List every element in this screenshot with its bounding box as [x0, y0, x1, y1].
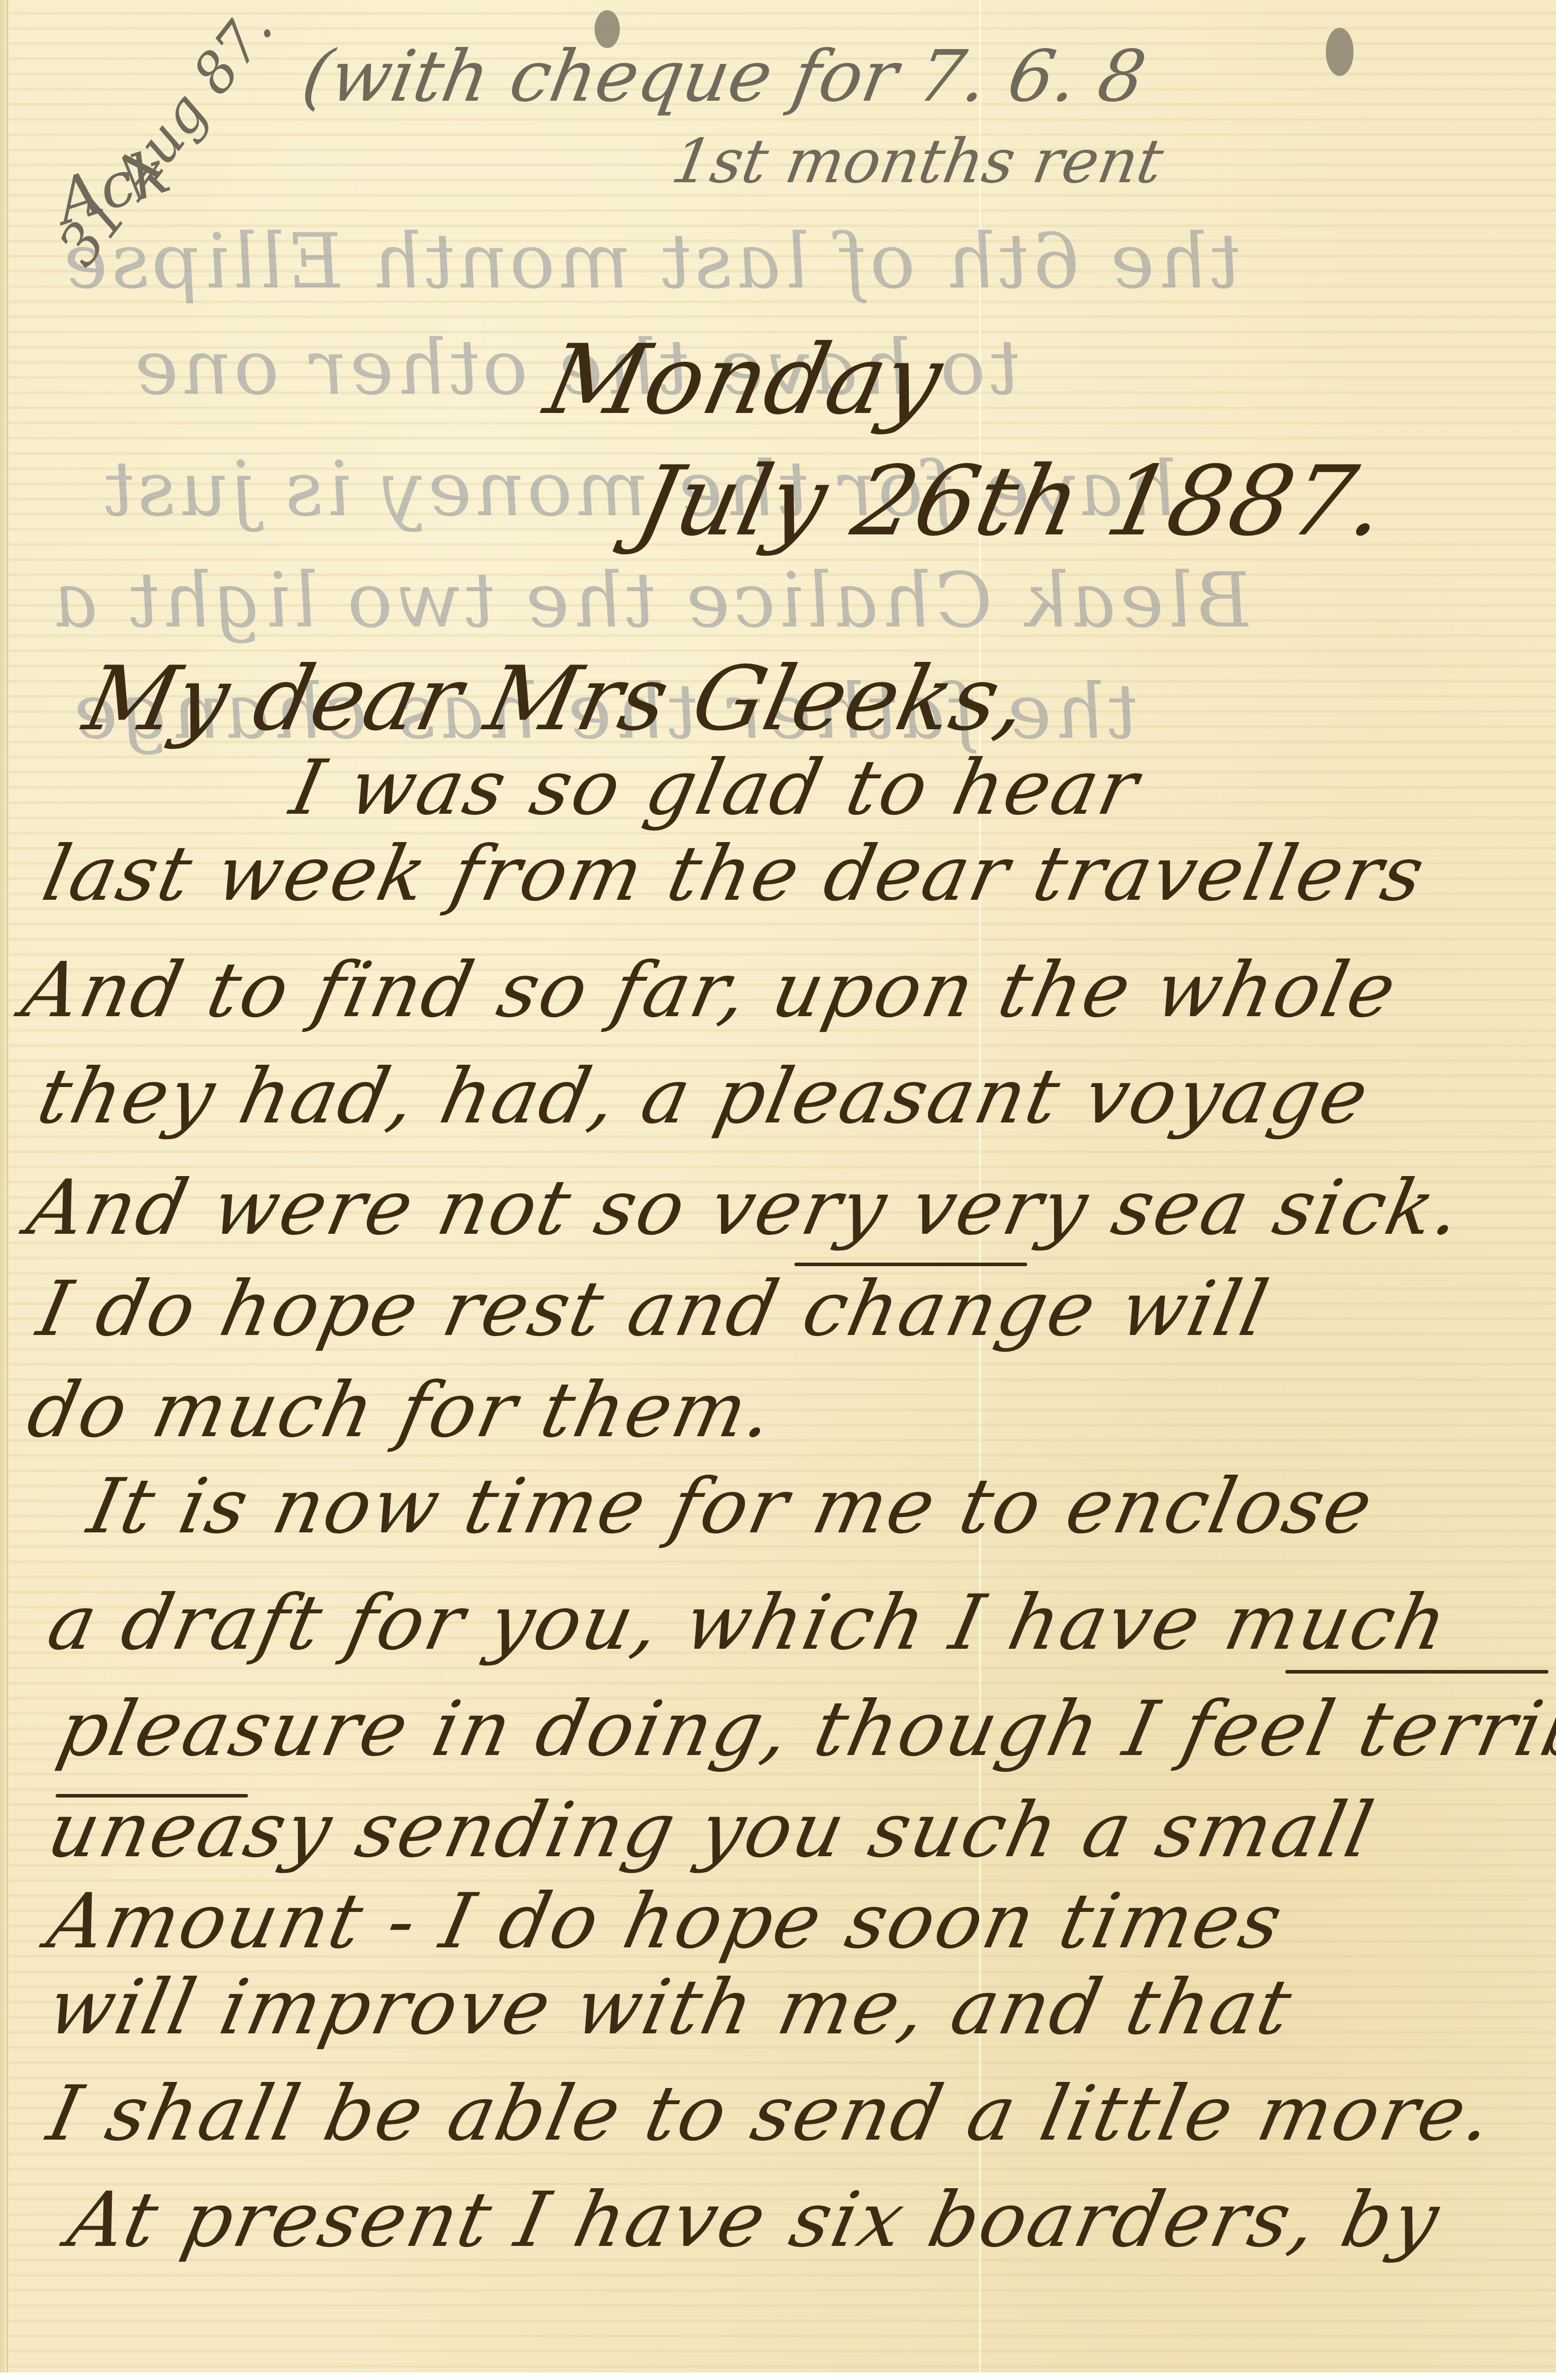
letter-body-line: I shall be able to send a little more.	[40, 2070, 1502, 2158]
letter-body-line: And to find so far, upon the whole	[15, 946, 1405, 1034]
letter-body-line: last week from the dear travellers	[35, 830, 1434, 918]
letter-body-line: Amount - I do hope soon times	[40, 1877, 1291, 1966]
salutation: My dear Mrs Gleeks,	[76, 648, 1037, 750]
letter-body-line: I do hope rest and change will	[30, 1265, 1277, 1353]
letter-body-line: do much for them.	[20, 1366, 783, 1454]
letter-body-line: And were not so very very sea sick.	[20, 1164, 1470, 1252]
ink-blot	[1326, 28, 1354, 76]
letter-body-line: pleasure in doing, though I feel terribl…	[51, 1685, 1556, 1773]
letter-body-line: a draft for you, which I have much	[40, 1579, 1456, 1667]
letter-body-line: they had, had, a pleasant voyage	[30, 1053, 1377, 1141]
rent-note: 1st months rent	[667, 127, 1168, 197]
bleed-through-line: Bleak Chalice the two light a	[45, 557, 1257, 645]
underline-terribly	[1285, 1670, 1548, 1674]
underline-uneasy	[56, 1794, 248, 1798]
scan-bottom-border	[0, 2372, 1556, 2380]
letter-day: Monday	[536, 324, 952, 436]
letter-body-line: uneasy sending you such a small	[40, 1786, 1382, 1874]
paper-left-edge	[0, 0, 8, 2380]
bleed-through-line: the 6th of last month Ellipse	[55, 218, 1247, 306]
letter-body-line: At present I have six boarders, by	[61, 2176, 1448, 2264]
cheque-note: (with cheque for 7. 6. 8	[297, 35, 1152, 118]
letter-body-line: It is now time for me to enclose	[81, 1463, 1381, 1551]
letter-date: July 26th 1887.	[627, 445, 1396, 557]
letter-body-line: will improve with me, and that	[40, 1964, 1300, 2052]
letter-body-line: I was so glad to hear	[283, 744, 1147, 832]
